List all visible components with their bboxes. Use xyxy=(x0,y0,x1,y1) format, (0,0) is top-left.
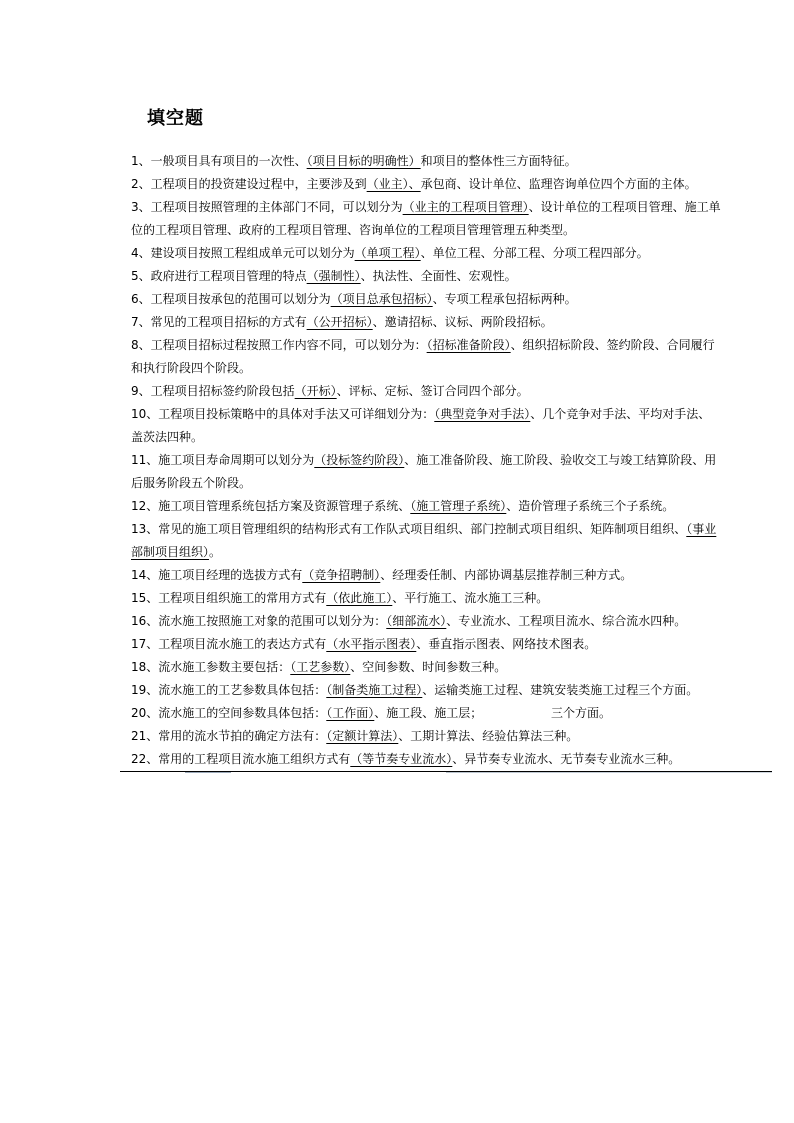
question-text: 1、一般项目具有项目的一次性、 xyxy=(131,154,307,168)
question-line: 10、工程项目投标策略中的具体对手法又可详细划分为：（典型竞争对手法）、几个竞争… xyxy=(131,403,772,426)
question-text: 12、施工项目管理系统包括方案及资源管理子系统、 xyxy=(131,499,410,513)
question-line: 18、流水施工参数主要包括：（工艺参数）、空间参数、时间参数三种。 xyxy=(131,656,772,679)
question-text: 盖茨法四种。 xyxy=(131,430,203,444)
question-text: 、施工段、施工层； 三个方面。 xyxy=(374,706,611,720)
question-text: 、邀请招标、议标、两阶段招标。 xyxy=(373,315,553,329)
question-text: 承包商、设计单位、监理咨询单位四个方面的主体。 xyxy=(421,177,697,191)
question-text: 、专业流水、工程项目流水、综合流水四种。 xyxy=(446,614,686,628)
question-text: 13、常见的施工项目管理组织的结构形式有工作队式项目组织、部门控制式项目组织、矩… xyxy=(131,522,686,536)
bottom-rule-shadow xyxy=(120,772,772,773)
question-text: 15、工程项目组织施工的常用方式有 xyxy=(131,591,326,605)
question-text: 。 xyxy=(209,545,221,559)
question-line: 6、工程项目按承包的范围可以划分为（项目总承包招标）、专项工程承包招标两种。 xyxy=(131,288,772,311)
question-text: 18、流水施工参数主要包括： xyxy=(131,660,290,674)
answer-blank: （项目目标的明确性） xyxy=(307,154,421,168)
question-text: 19、流水施工的工艺参数具体包括： xyxy=(131,683,326,697)
question-text: 9、工程项目招标签约阶段包括 xyxy=(131,384,295,398)
question-text: 后服务阶段五个阶段。 xyxy=(131,476,251,490)
question-text: 、施工准备阶段、施工阶段、验收交工与竣工结算阶段、用 xyxy=(404,453,716,467)
question-text: 、单位工程、分部工程、分项工程四部分。 xyxy=(421,246,649,260)
question-text: 7、常见的工程项目招标的方式有 xyxy=(131,315,307,329)
question-line: 17、工程项目流水施工的表达方式有（水平指示图表）、垂直指示图表、网络技术图表。 xyxy=(131,633,772,656)
question-text: 20、流水施工的空间参数具体包括： xyxy=(131,706,326,720)
answer-blank: （水平指示图表） xyxy=(326,637,416,651)
question-line: 后服务阶段五个阶段。 xyxy=(131,472,772,495)
question-line: 7、常见的工程项目招标的方式有（公开招标）、邀请招标、议标、两阶段招标。 xyxy=(131,311,772,334)
question-text: 、垂直指示图表、网络技术图表。 xyxy=(416,637,596,651)
question-text: 5、政府进行工程项目管理的特点 xyxy=(131,269,307,283)
question-line: 4、建设项目按照工程组成单元可以划分为（单项工程）、单位工程、分部工程、分项工程… xyxy=(131,242,772,265)
question-line: 21、常用的流水节拍的确定方法有：（定额计算法）、工期计算法、经验估算法三种。 xyxy=(131,725,772,748)
section-title: 填空题 xyxy=(147,104,204,130)
answer-blank: （业主的工程项目管理） xyxy=(403,200,529,214)
question-line: 16、流水施工按照施工对象的范围可以划分为：（细部流水）、专业流水、工程项目流水… xyxy=(131,610,772,633)
question-text: 3、工程项目按照管理的主体部门不同，可以划分为 xyxy=(131,200,403,214)
answer-blank: （工艺参数） xyxy=(290,660,350,674)
question-line: 位的工程项目管理、政府的工程项目管理、咨询单位的工程项目管理管理五种类型。 xyxy=(131,219,772,242)
question-text: 8、工程项目招标过程按照工作内容不同，可以划分为： xyxy=(131,338,427,352)
question-text: 16、流水施工按照施工对象的范围可以划分为： xyxy=(131,614,386,628)
answer-blank: （制备类施工过程） xyxy=(326,683,422,697)
answer-blank: （开标） xyxy=(295,384,337,398)
question-line: 部制项目组织）。 xyxy=(131,541,772,564)
answer-blank: （单项工程） xyxy=(355,246,421,260)
answer-blank: 部制项目组织） xyxy=(131,545,209,559)
question-text: 17、工程项目流水施工的表达方式有 xyxy=(131,637,326,651)
question-line: 3、工程项目按照管理的主体部门不同，可以划分为（业主的工程项目管理）、设计单位的… xyxy=(131,196,772,219)
question-text: 21、常用的流水节拍的确定方法有： xyxy=(131,729,326,743)
answer-blank: （工作面） xyxy=(326,706,374,720)
answer-blank: （竞争招聘制） xyxy=(302,568,380,582)
question-line: 盖茨法四种。 xyxy=(131,426,772,449)
question-text: 2、工程项目的投资建设过程中，主要涉及到 xyxy=(131,177,367,191)
question-text: 、异节奏专业流水、无节奏专业流水三种。 xyxy=(452,752,680,766)
answer-blank: （等节奏专业流水） xyxy=(350,752,452,766)
answer-blank: （定额计算法） xyxy=(326,729,398,743)
question-text: 6、工程项目按承包的范围可以划分为 xyxy=(131,292,331,306)
answer-blank: （招标准备阶段） xyxy=(427,338,511,352)
answer-blank: （业主）、 xyxy=(367,177,421,191)
question-text: 、几个竞争对手法、平均对手法、 xyxy=(530,407,710,421)
question-text: 22、常用的工程项目流水施工组织方式有 xyxy=(131,752,350,766)
question-text: 14、施工项目经理的选拔方式有 xyxy=(131,568,302,582)
question-text: 和项目的整体性三方面特征。 xyxy=(421,154,577,168)
question-text: 、造价管理子系统三个子系统。 xyxy=(506,499,674,513)
question-text: 、评标、定标、签订合同四个部分。 xyxy=(337,384,529,398)
question-line: 1、一般项目具有项目的一次性、（项目目标的明确性）和项目的整体性三方面特征。 xyxy=(131,150,772,173)
question-line: 11、施工项目寿命周期可以划分为（投标签约阶段）、施工准备阶段、施工阶段、验收交… xyxy=(131,449,772,472)
answer-blank: （施工管理子系统） xyxy=(410,499,506,513)
question-text: 、设计单位的工程项目管理、施工单 xyxy=(529,200,721,214)
question-text: 、经理委任制、内部协调基层推荐制三种方式。 xyxy=(380,568,632,582)
question-text: 、组织招标阶段、签约阶段、合同履行 xyxy=(511,338,715,352)
question-line: 8、工程项目招标过程按照工作内容不同，可以划分为：（招标准备阶段）、组织招标阶段… xyxy=(131,334,772,357)
answer-blank: （投标签约阶段） xyxy=(314,453,404,467)
answer-blank: （公开招标） xyxy=(307,315,373,329)
question-line: 20、流水施工的空间参数具体包括：（工作面）、施工段、施工层； 三个方面。 xyxy=(131,702,772,725)
question-line: 12、施工项目管理系统包括方案及资源管理子系统、（施工管理子系统）、造价管理子系… xyxy=(131,495,772,518)
answer-blank: （项目总承包招标） xyxy=(331,292,433,306)
answer-blank: （事业 xyxy=(686,522,716,536)
answer-blank: （依此施工） xyxy=(326,591,392,605)
question-text: 、运输类施工过程、建筑安装类施工过程三个方面。 xyxy=(422,683,698,697)
answer-blank: （典型竞争对手法） xyxy=(434,407,530,421)
question-text: 位的工程项目管理、政府的工程项目管理、咨询单位的工程项目管理管理五种类型。 xyxy=(131,223,575,237)
question-text: 、平行施工、流水施工三种。 xyxy=(392,591,548,605)
question-line: 2、工程项目的投资建设过程中，主要涉及到（业主）、承包商、设计单位、监理咨询单位… xyxy=(131,173,772,196)
question-line: 和执行阶段四个阶段。 xyxy=(131,357,772,380)
question-text: 、专项工程承包招标两种。 xyxy=(433,292,577,306)
question-line: 22、常用的工程项目流水施工组织方式有（等节奏专业流水）、异节奏专业流水、无节奏… xyxy=(131,748,772,771)
question-line: 13、常见的施工项目管理组织的结构形式有工作队式项目组织、部门控制式项目组织、矩… xyxy=(131,518,772,541)
question-text: 、工期计算法、经验估算法三种。 xyxy=(398,729,578,743)
answer-blank: （强制性） xyxy=(307,269,361,283)
question-text: 和执行阶段四个阶段。 xyxy=(131,361,251,375)
question-line: 9、工程项目招标签约阶段包括（开标）、评标、定标、签订合同四个部分。 xyxy=(131,380,772,403)
question-line: 15、工程项目组织施工的常用方式有（依此施工）、平行施工、流水施工三种。 xyxy=(131,587,772,610)
question-text: 、空间参数、时间参数三种。 xyxy=(350,660,506,674)
question-text: 10、工程项目投标策略中的具体对手法又可详细划分为： xyxy=(131,407,434,421)
question-text: 4、建设项目按照工程组成单元可以划分为 xyxy=(131,246,355,260)
question-line: 14、施工项目经理的选拔方式有（竞争招聘制）、经理委任制、内部协调基层推荐制三种… xyxy=(131,564,772,587)
question-text: 、执法性、全面性、宏观性。 xyxy=(361,269,517,283)
question-line: 19、流水施工的工艺参数具体包括：（制备类施工过程）、运输类施工过程、建筑安装类… xyxy=(131,679,772,702)
answer-blank: （细部流水） xyxy=(386,614,446,628)
fill-in-blank-list: 1、一般项目具有项目的一次性、（项目目标的明确性）和项目的整体性三方面特征。2、… xyxy=(131,150,772,771)
question-text: 11、施工项目寿命周期可以划分为 xyxy=(131,453,314,467)
question-line: 5、政府进行工程项目管理的特点（强制性）、执法性、全面性、宏观性。 xyxy=(131,265,772,288)
